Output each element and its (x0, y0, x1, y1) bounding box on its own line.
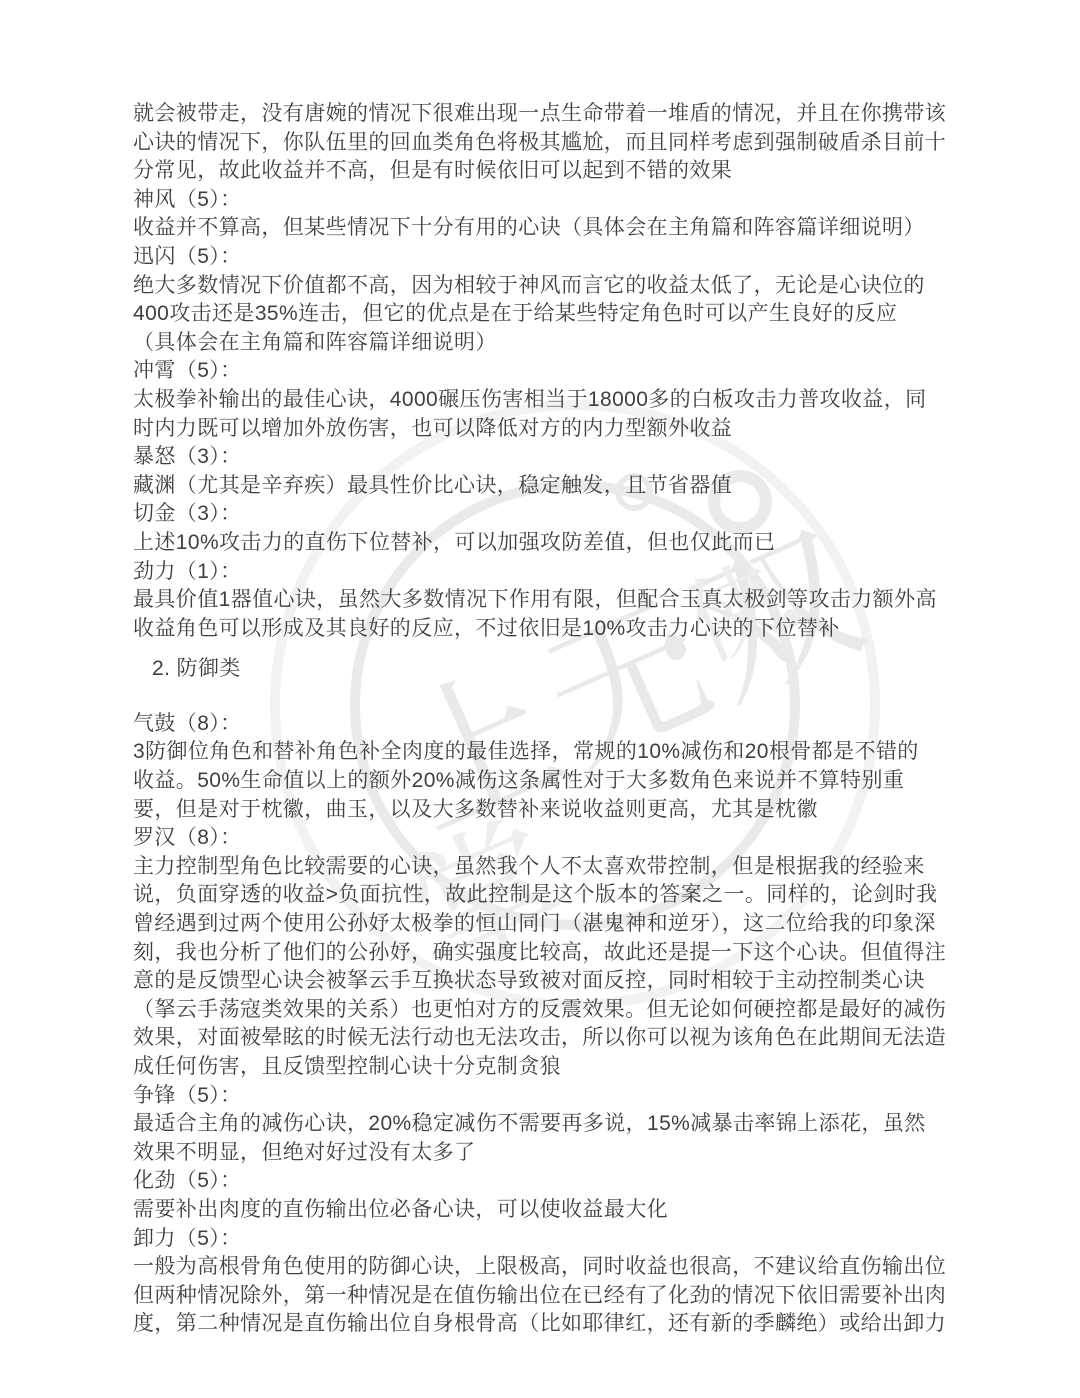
text-line: 劲力（1）： (133, 558, 949, 587)
text-line: 主力控制型角色比较需要的心诀，虽然我个人不太喜欢带控制，但是根据我的经验来 (133, 853, 949, 882)
text-line: 分常见，故此收益并不高，但是有时候依旧可以起到不错的效果 (133, 157, 949, 186)
text-line: 最具价值1器值心诀，虽然大多数情况下作用有限，但配合玉真太极剑等攻击力额外高 (133, 586, 949, 615)
text-line: 400攻击还是35%连击，但它的优点是在于给某些特定角色时可以产生良好的反应 (133, 300, 949, 329)
text-line: 时内力既可以增加外放伤害，也可以降低对方的内力型额外收益 (133, 415, 949, 444)
text-line: 最适合主角的减伤心诀，20%稳定减伤不需要再多说，15%减暴击率锦上添花，虽然 (133, 1110, 949, 1139)
text-line: 迅闪（5）： (133, 243, 949, 272)
text-line: 气鼓（8）： (133, 710, 949, 739)
text-line: 曾经遇到过两个使用公孙妤太极拳的恒山同门（湛鬼神和逆牙），这二位给我的印象深 (133, 910, 949, 939)
text-line: 冲霄（5）： (133, 357, 949, 386)
text-line: 刻，我也分析了他们的公孙妤，确实强度比较高，故此还是提一下这个心诀。但值得注 (133, 939, 949, 968)
text-line: 说，负面穿透的收益>负面抗性，故此控制是这个版本的答案之一。同样的，论剑时我 (133, 881, 949, 910)
text-line: 心诀的情况下，你队伍里的回血类角色将极其尴尬，而且同样考虑到强制破盾杀目前十 (133, 129, 949, 158)
text-line: 需要补出肉度的直伤输出位必备心诀，可以使收益最大化 (133, 1196, 949, 1225)
text-line: 收益并不算高，但某些情况下十分有用的心诀（具体会在主角篇和阵容篇详细说明） (133, 214, 949, 243)
text-line: 暴怒（3）： (133, 443, 949, 472)
text-line: 收益。50%生命值以上的额外20%减伤这条属性对于大多数角色来说并不算特别重 (133, 767, 949, 796)
text-line: 度，第二种情况是直伤输出位自身根骨高（比如耶律红，还有新的季麟绝）或给出卸力 (133, 1310, 949, 1339)
text-line: 神风（5）： (133, 186, 949, 215)
text-line: 效果，对面被晕眩的时候无法行动也无法攻击，所以你可以视为该角色在此期间无法造 (133, 1024, 949, 1053)
text-line: 化劲（5）： (133, 1167, 949, 1196)
text-line: 上述10%攻击力的直伤下位替补，可以加强攻防差值，但也仅此而已 (133, 529, 949, 558)
text-line: 就会被带走，没有唐婉的情况下很难出现一点生命带着一堆盾的情况，并且在你携带该 (133, 100, 949, 129)
document-page: 上无双 侠 掌 就会被带走，没有唐婉的情况下很难出现一点生命带着一堆盾的情况，并… (0, 0, 1080, 1398)
text-line: 3防御位角色和替补角色补全肉度的最佳选择，常规的10%减伤和20根骨都是不错的 (133, 738, 949, 767)
text-line: 绝大多数情况下价值都不高，因为相较于神风而言它的收益太低了，无论是心诀位的 (133, 272, 949, 301)
text-line: 切金（3）： (133, 500, 949, 529)
text-line: 卸力（5）： (133, 1225, 949, 1254)
text-line: 但两种情况除外，第一种情况是在值伤输出位在已经有了化劲的情况下依旧需要补出肉 (133, 1282, 949, 1311)
text-line: 一般为高根骨角色使用的防御心诀，上限极高，同时收益也很高，不建议给直伤输出位 (133, 1253, 949, 1282)
document-text: 就会被带走，没有唐婉的情况下很难出现一点生命带着一堆盾的情况，并且在你携带该心诀… (133, 100, 949, 1339)
text-line: 藏渊（尤其是辛弃疾）最具性价比心诀，稳定触发，且节省器值 (133, 472, 949, 501)
text-line: 意的是反馈型心诀会被拏云手互换状态导致被对面反控，同时相较于主动控制类心诀 (133, 967, 949, 996)
text-line: 要，但是对于枕徽，曲玉，以及大多数替补来说收益则更高，尤其是枕徽 (133, 796, 949, 825)
text-line: 成任何伤害，且反馈型控制心诀十分克制贪狼 (133, 1053, 949, 1082)
section-heading: 2. 防御类 (133, 655, 949, 684)
text-line: 效果不明显，但绝对好过没有太多了 (133, 1139, 949, 1168)
text-line: 争锋（5）： (133, 1082, 949, 1111)
text-line: （拏云手荡寇类效果的关系）也更怕对方的反震效果。但无论如何硬控都是最好的减伤 (133, 996, 949, 1025)
text-line: （具体会在主角篇和阵容篇详细说明） (133, 329, 949, 358)
text-line: 收益角色可以形成及其良好的反应，不过依旧是10%攻击力心诀的下位替补 (133, 615, 949, 644)
text-line: 罗汉（8）： (133, 824, 949, 853)
text-line: 太极拳补输出的最佳心诀，4000碾压伤害相当于18000多的白板攻击力普攻收益，… (133, 386, 949, 415)
